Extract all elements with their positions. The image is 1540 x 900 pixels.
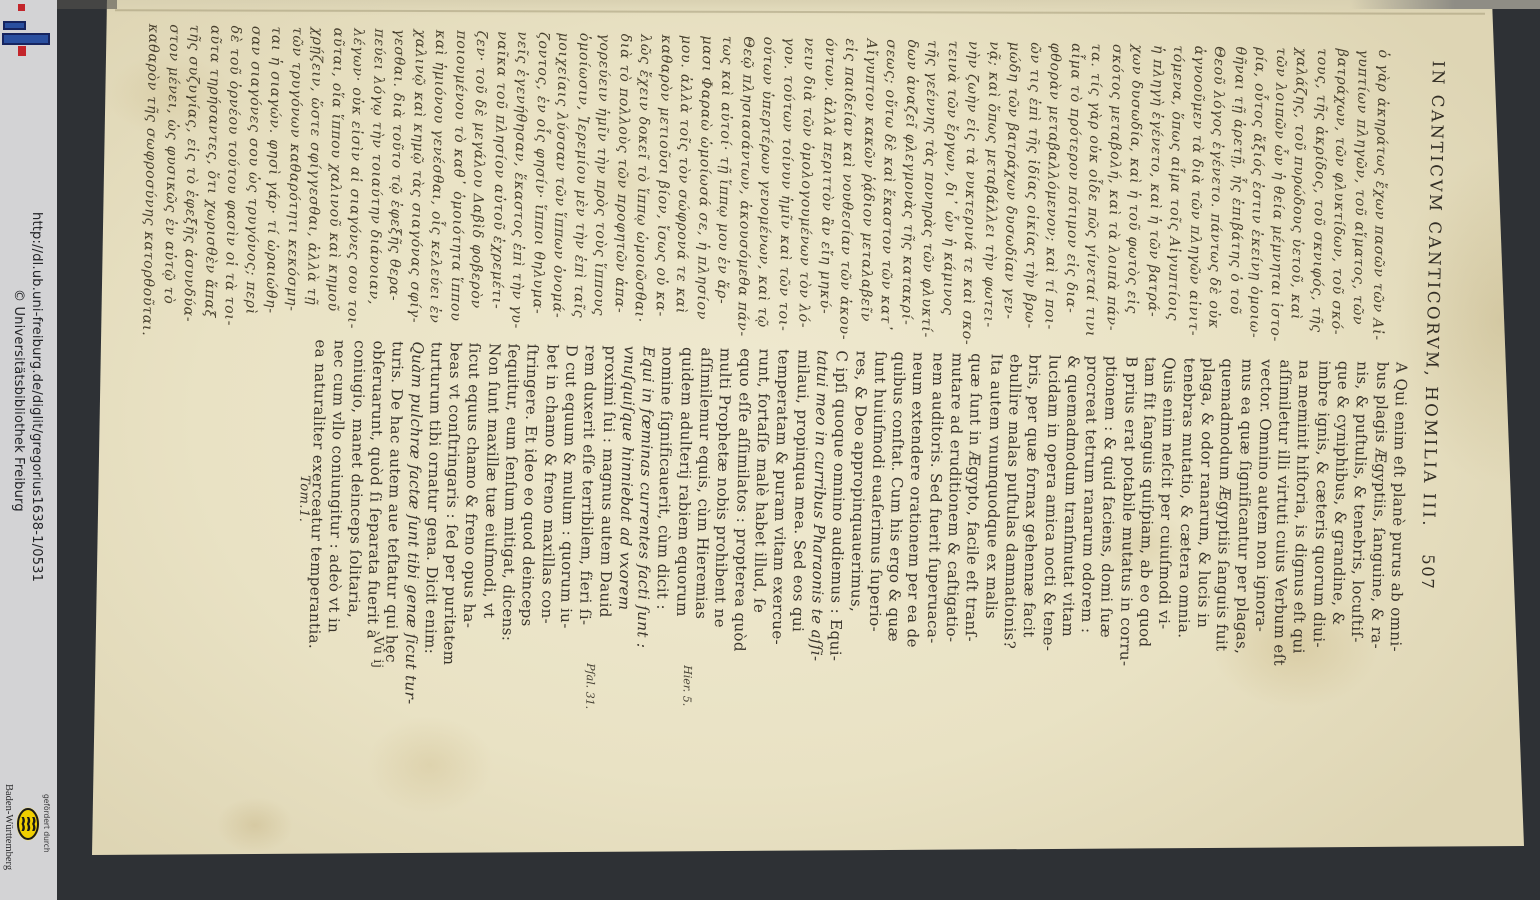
margin-note: Pſal. 31. <box>583 663 597 709</box>
page-number: 507 <box>1418 554 1438 590</box>
greek-text-line: χαλάζης, τοῦ πυρώδους ὑετοῦ, καὶ <box>1287 48 1309 321</box>
greek-text-line: σκότος μεταβολή, καὶ τὰ λοιπὰ πάν- <box>1103 44 1125 332</box>
greek-text-line: ρία, οὗτος ἄξιός ἐστιν ἐκείνῃ ὁμοιω- <box>1246 47 1268 339</box>
page-content-rotated: IN CANTICVM CANTICORVM, HOMILIA III.507 … <box>0 0 1540 900</box>
greek-text-line: τα. τίς γὰρ οὐκ οἶδε πῶς γίνεταί τινι <box>1082 43 1104 337</box>
library-sidebar-strip: http://dl.ub.uni-freiburg.de/diglit/greg… <box>0 0 57 900</box>
running-header-title: IN CANTICVM CANTICORVM, HOMILIA III. <box>1419 61 1448 529</box>
greek-text-line: στον μένει, ὡς φυσικῶς ἐν αὐτῷ τὸ <box>160 24 182 305</box>
greek-text-line: καθαρὸν τῆς σωφροσύνης κατορθοῦται. <box>139 24 162 337</box>
margin-notes: Hier. 5.Pſal. 31. <box>4 0 1540 3</box>
greek-text-line: νεῖς ἐγενήθησαν, ἕκαστος ἐπὶ τὴν γυ- <box>508 31 530 329</box>
region-name: Baden-Württemberg <box>3 784 14 870</box>
greek-text-line: καθαρὸν μετιοῦσι βίον, ἴσως οὐ κα- <box>652 34 674 317</box>
greek-text-line: σεως; οὕτω δὲ καὶ ἕκαστον τῶν κατ᾽ <box>877 39 899 332</box>
greek-text-line: τως καὶ αὐτοί· τῇ ἵππῳ μου ἐν ἅρ- <box>714 36 736 305</box>
greek-text-line: αῦται, οἵα ἵππου χαλινοῦ καὶ κημοῦ <box>324 28 346 313</box>
greek-text-line: εἰς παιδείαν καὶ νουθεσίαν τῶν ἀκου- <box>836 38 858 340</box>
greek-text-line: τους, τῆς ἀκρίδος, τοῦ σκνιφός, τῆς <box>1308 48 1330 333</box>
registration-red-square-icon <box>18 46 26 56</box>
greek-text-line: Θεῷ πλησιασάντων, ἀκουσόμεθα πάν- <box>733 36 755 337</box>
greek-text-line: Αἴγυπτον κακῶν ῥᾴδιον μεταλαβεῖν <box>857 39 879 323</box>
greek-text-line: τῶν τρυγόνων καθαρότητι κεκόσμη- <box>283 27 305 312</box>
greek-text-line: μοιχείαις λύσσαν τῶν ἵππων ὀνομά- <box>549 32 571 318</box>
greek-text-line: χαλινῷ καὶ κημῷ τὰς σιαγόνας σφίγ- <box>406 29 428 323</box>
greek-text-line: φθορὰν μεταβαλλόμενον; καὶ τί ποι- <box>1041 43 1063 331</box>
greek-text-line: γον. τούτων τοίνυν ἡμῖν καὶ τῶν τοι- <box>775 37 797 332</box>
greek-text-line: μου. ἀλλὰ τοῖς τὸν σώφρονά τε καὶ <box>672 35 694 314</box>
greek-text-column: ὁ γὰρ ἀκηράτως ἔχων πασῶν τῶν Αἰ-γυπτίων… <box>4 0 1540 3</box>
greek-text-line: τῆς γεέννης τὰς πονηρὰς τῶν φλυκτί- <box>918 40 940 338</box>
greek-text-line: γορεύειν ἡμῖν τὴν πρὸς τοὺς ἵππους <box>590 33 612 316</box>
greek-text-line: ἀγνοοῦμεν τὰ διὰ τῶν πληγῶν αἰνιτ- <box>1185 46 1207 337</box>
digitized-book-scan-view: IN CANTICVM CANTICORVM, HOMILIA III.507 … <box>0 0 1540 900</box>
greek-text-line: τόμενα, ὅπως αἷμα τοῖς Αἰγυπτίοις <box>1164 45 1186 321</box>
source-url: http://dl.ub.uni-freiburg.de/diglit/greg… <box>29 212 44 582</box>
baden-wuerttemberg-crest-icon <box>15 805 41 843</box>
greek-text-line: χρῄζειν, ὥστε σφίγγεσθαι, ἀλλὰ τῇ <box>304 27 326 306</box>
margin-note: Hier. 5. <box>680 665 694 706</box>
running-header: IN CANTICVM CANTICORVM, HOMILIA III.507 <box>1418 61 1448 591</box>
copyright-notice: © Universitätsbibliothek Freiburg <box>11 289 26 512</box>
greek-text-line: ἡ πληγὴ ἐγένετο, καὶ ἡ τῶν βατρά- <box>1144 45 1166 318</box>
greek-text-line: καὶ ἡμιόνου γενέσθαι, οἷς κελεύει ἐν <box>426 30 448 324</box>
greek-text-line: αῦτα τηρήσαντες, ὅτι χωρισθὲν ἅπαξ <box>201 25 223 318</box>
greek-text-line: σαν σιαγόνες σου ὡς τρυγόνος; περὶ <box>242 26 264 315</box>
registration-blue-bar-icon <box>3 21 26 30</box>
greek-text-line: ούτων ὑπερτέρων γενομένων, καὶ τῷ <box>754 37 776 329</box>
greek-text-line: μώδη τῶν βατράχων δυσωδίαν γεν- <box>1000 42 1022 320</box>
registration-blue-bar-icon <box>2 33 50 45</box>
funding-credit-label: gefördert durch <box>42 794 51 853</box>
greek-text-line: ζοντος, ἐν οἷς φησίν· ἵπποι θηλυμα- <box>529 32 551 315</box>
greek-text-line: ναῖκα τοῦ πλησίον αὐτοῦ ἐχρεμέτι- <box>488 31 510 310</box>
greek-text-line: ζεν· τοῦ δὲ μεγάλου Δαβὶδ φοβερὸν <box>468 31 490 309</box>
greek-text-line: θῆναι τῇ ἀρετῇ, ἧς ἐπιβάτης ὁ τοῦ <box>1226 46 1248 315</box>
greek-text-line: τεινὰ τῶν ἔργων, δι᾽ ὧν ἡ κάμινος <box>939 40 961 315</box>
greek-text-line: ποιουμένου τὸ καθ᾽ ὁμοιότητα ἵππου <box>447 30 469 322</box>
greek-text-line: λῶς ἔχειν δοκεῖ τὸ ἵππῳ ὡμοιῶσθαι· <box>631 34 653 323</box>
greek-text-line: ται ἡ σιαγών. φησὶ γάρ· τί ὡραιώθη- <box>262 26 284 314</box>
greek-text-line: χων δυσωδία, καὶ ἡ τοῦ φωτὸς εἰς <box>1124 44 1146 314</box>
greek-text-line: νὴν ζωὴν εἰς τὰ νυκτερινά τε καὶ σκο- <box>959 41 981 346</box>
greek-text-line: Θεοῦ λόγος ἐγένετο. πάντως δὲ οὐκ <box>1205 46 1227 329</box>
greek-text-line: ὁ γὰρ ἀκηράτως ἔχων πασῶν τῶν Αἰ- <box>1369 49 1391 341</box>
greek-text-line: γεσθαι. διὰ τοῦτο τῷ ἐφεξῆς θερα- <box>386 29 408 302</box>
greek-text-line: αἷμα τὸ πρότερον πότιμον εἰς δια- <box>1062 43 1084 314</box>
greek-text-line: λέγων· οὐκ εἰσὶν αἱ σιαγόνες σου τοι- <box>344 28 366 329</box>
greek-text-line: τῶν λοιπῶν ὧν ἡ θεία μέμνηται ἱστο- <box>1266 47 1288 342</box>
greek-text-line: όντων. ἀλλὰ περιττὸν ἂν εἴη μηκύ- <box>816 38 838 315</box>
greek-text-line: ὁμοίωσιν, Ἱερεμίου μὲν τὴν ἐπὶ ταῖς <box>570 33 592 319</box>
greek-text-line: νᾷ; καὶ ὅπως μεταβάλλει τὴν φωτει- <box>980 41 1002 328</box>
greek-text-line: γυπτίων πληγῶν, τοῦ αἵματος, τῶν <box>1349 49 1371 325</box>
greek-text-line: νειν διὰ τῶν ὁμολογουμένων τὸν λό- <box>795 37 817 328</box>
signature-mark: Vu ij <box>370 637 386 669</box>
latin-text-column: A Qui enim eſt planè purus ab omni-bus p… <box>4 0 1540 3</box>
greek-text-line: δὲ τοῦ ὀρνέου τούτου φασὶν οἱ τὰ τοι- <box>221 25 243 326</box>
greek-text-line: πεύει λόγῳ τὴν τοιαύτην διάνοιαν, <box>365 28 387 305</box>
greek-text-line: βατράχων, τῶν φλυκτίδων, τοῦ σκό- <box>1328 49 1350 336</box>
greek-text-line: διὰ τὸ πολλοὺς τῶν προφητῶν ἀπα- <box>611 34 633 314</box>
greek-text-line: τῆς συζυγίας, εἰς τὸ ἐφεξῆς ἀσυνδύα- <box>180 25 202 323</box>
registration-red-square-icon <box>18 4 25 11</box>
greek-text-line: μασι Φαραὼ ὡμοίωσά σε, ἡ πλησίον <box>693 35 715 320</box>
greek-text-line: δων ἀναζεῖ φλεγμονὰς τῆς κατακρί- <box>898 40 920 326</box>
volume-mark: Tom.1. <box>296 475 312 523</box>
greek-text-line: ῶν τις ἐπὶ τῆς ἰδίας οἰκίας τὴν βρω- <box>1021 42 1043 329</box>
